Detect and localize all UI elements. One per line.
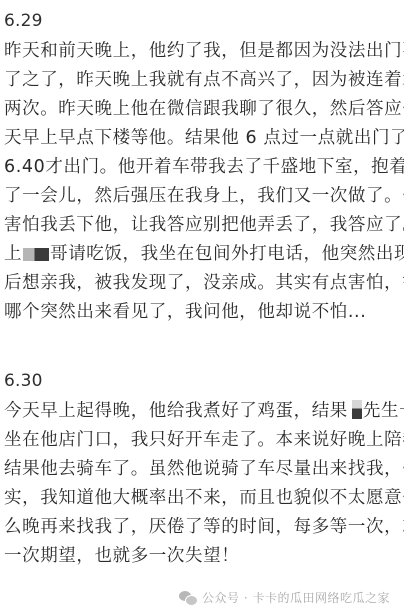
- entry-line-redacted: 今天早上起得晚，他给我煮好了鸡蛋，结果先生一直: [4, 397, 402, 426]
- entry-date: 6.29: [4, 10, 402, 32]
- entry-line: 昨天和前天晚上，他约了我，但是都因为没法出门不了: [4, 37, 402, 66]
- wechat-icon: [179, 591, 197, 605]
- diary-entry-0630: 6.30 今天早上起得晚，他给我煮好了鸡蛋，结果先生一直 坐在他店门口，我只好开…: [4, 370, 402, 571]
- entry-line: 两次。昨天晚上他在微信跟我聊了很久，然后答应他今: [4, 95, 402, 124]
- entry-line: 哪个突然出来看见了，我问他，他却说不怕...: [4, 298, 402, 327]
- redaction-block: [23, 248, 49, 261]
- line-text-before: 今天早上起得晚，他给我煮好了鸡蛋，结果: [4, 401, 348, 421]
- line-text-after: 先生一直: [363, 401, 404, 421]
- entry-body: 今天早上起得晚，他给我煮好了鸡蛋，结果先生一直 坐在他店门口，我只好开车走了。本…: [4, 397, 402, 571]
- watermark: 公众号 · 卡卡的瓜田网络吃瓜之家: [179, 589, 390, 606]
- entry-line: 后想亲我，被我发现了，没亲成。其实有点害怕，害怕: [4, 269, 402, 298]
- entry-date: 6.30: [4, 370, 402, 392]
- entry-line: 坐在他店门口，我只好开车走了。本来说好晚上陪我，: [4, 426, 402, 455]
- entry-line: 了一会儿，然后强压在我身上，我们又一次做了。他说: [4, 182, 402, 211]
- diary-entry-0629: 6.29 昨天和前天晚上，他约了我，但是都因为没法出门不了 了之了，昨天晚上我就…: [4, 10, 402, 327]
- watermark-text: 公众号 · 卡卡的瓜田网络吃瓜之家: [202, 589, 390, 606]
- entry-line-redacted: 上哥请吃饭，我坐在包间外打电话，他突然出现在身: [4, 240, 402, 269]
- entry-line: 么晚再来找我了，厌倦了等的时间，每多等一次，就多: [4, 513, 402, 542]
- entry-line: 了之了，昨天晚上我就有点不高兴了，因为被连着水了: [4, 66, 402, 95]
- entry-body: 昨天和前天晚上，他约了我，但是都因为没法出门不了 了之了，昨天晚上我就有点不高兴…: [4, 37, 402, 327]
- entry-line: 实，我知道他大概率出不来，而且也貌似不太愿意他那: [4, 484, 402, 513]
- redaction-block: [352, 400, 362, 419]
- entry-line: 天早上早点下楼等他。结果他 6 点过一点就出门了，我: [4, 124, 402, 153]
- line-text-after: 哥请吃饭，我坐在包间外打电话，他突然出现在身: [50, 244, 404, 264]
- entry-line: 6.40才出门。他开着车带我去了千盛地下室，抱着我眯: [4, 153, 402, 182]
- entry-line: 结果他去骑车了。虽然他说骑了车尽量出来找我，但其: [4, 455, 402, 484]
- line-text-before: 上: [4, 244, 22, 264]
- entry-line: 害怕我丢下他，让我答应别把他弄丢了，我答应了。晚: [4, 211, 402, 240]
- entry-line: 一次期望，也就多一次失望！: [4, 542, 402, 571]
